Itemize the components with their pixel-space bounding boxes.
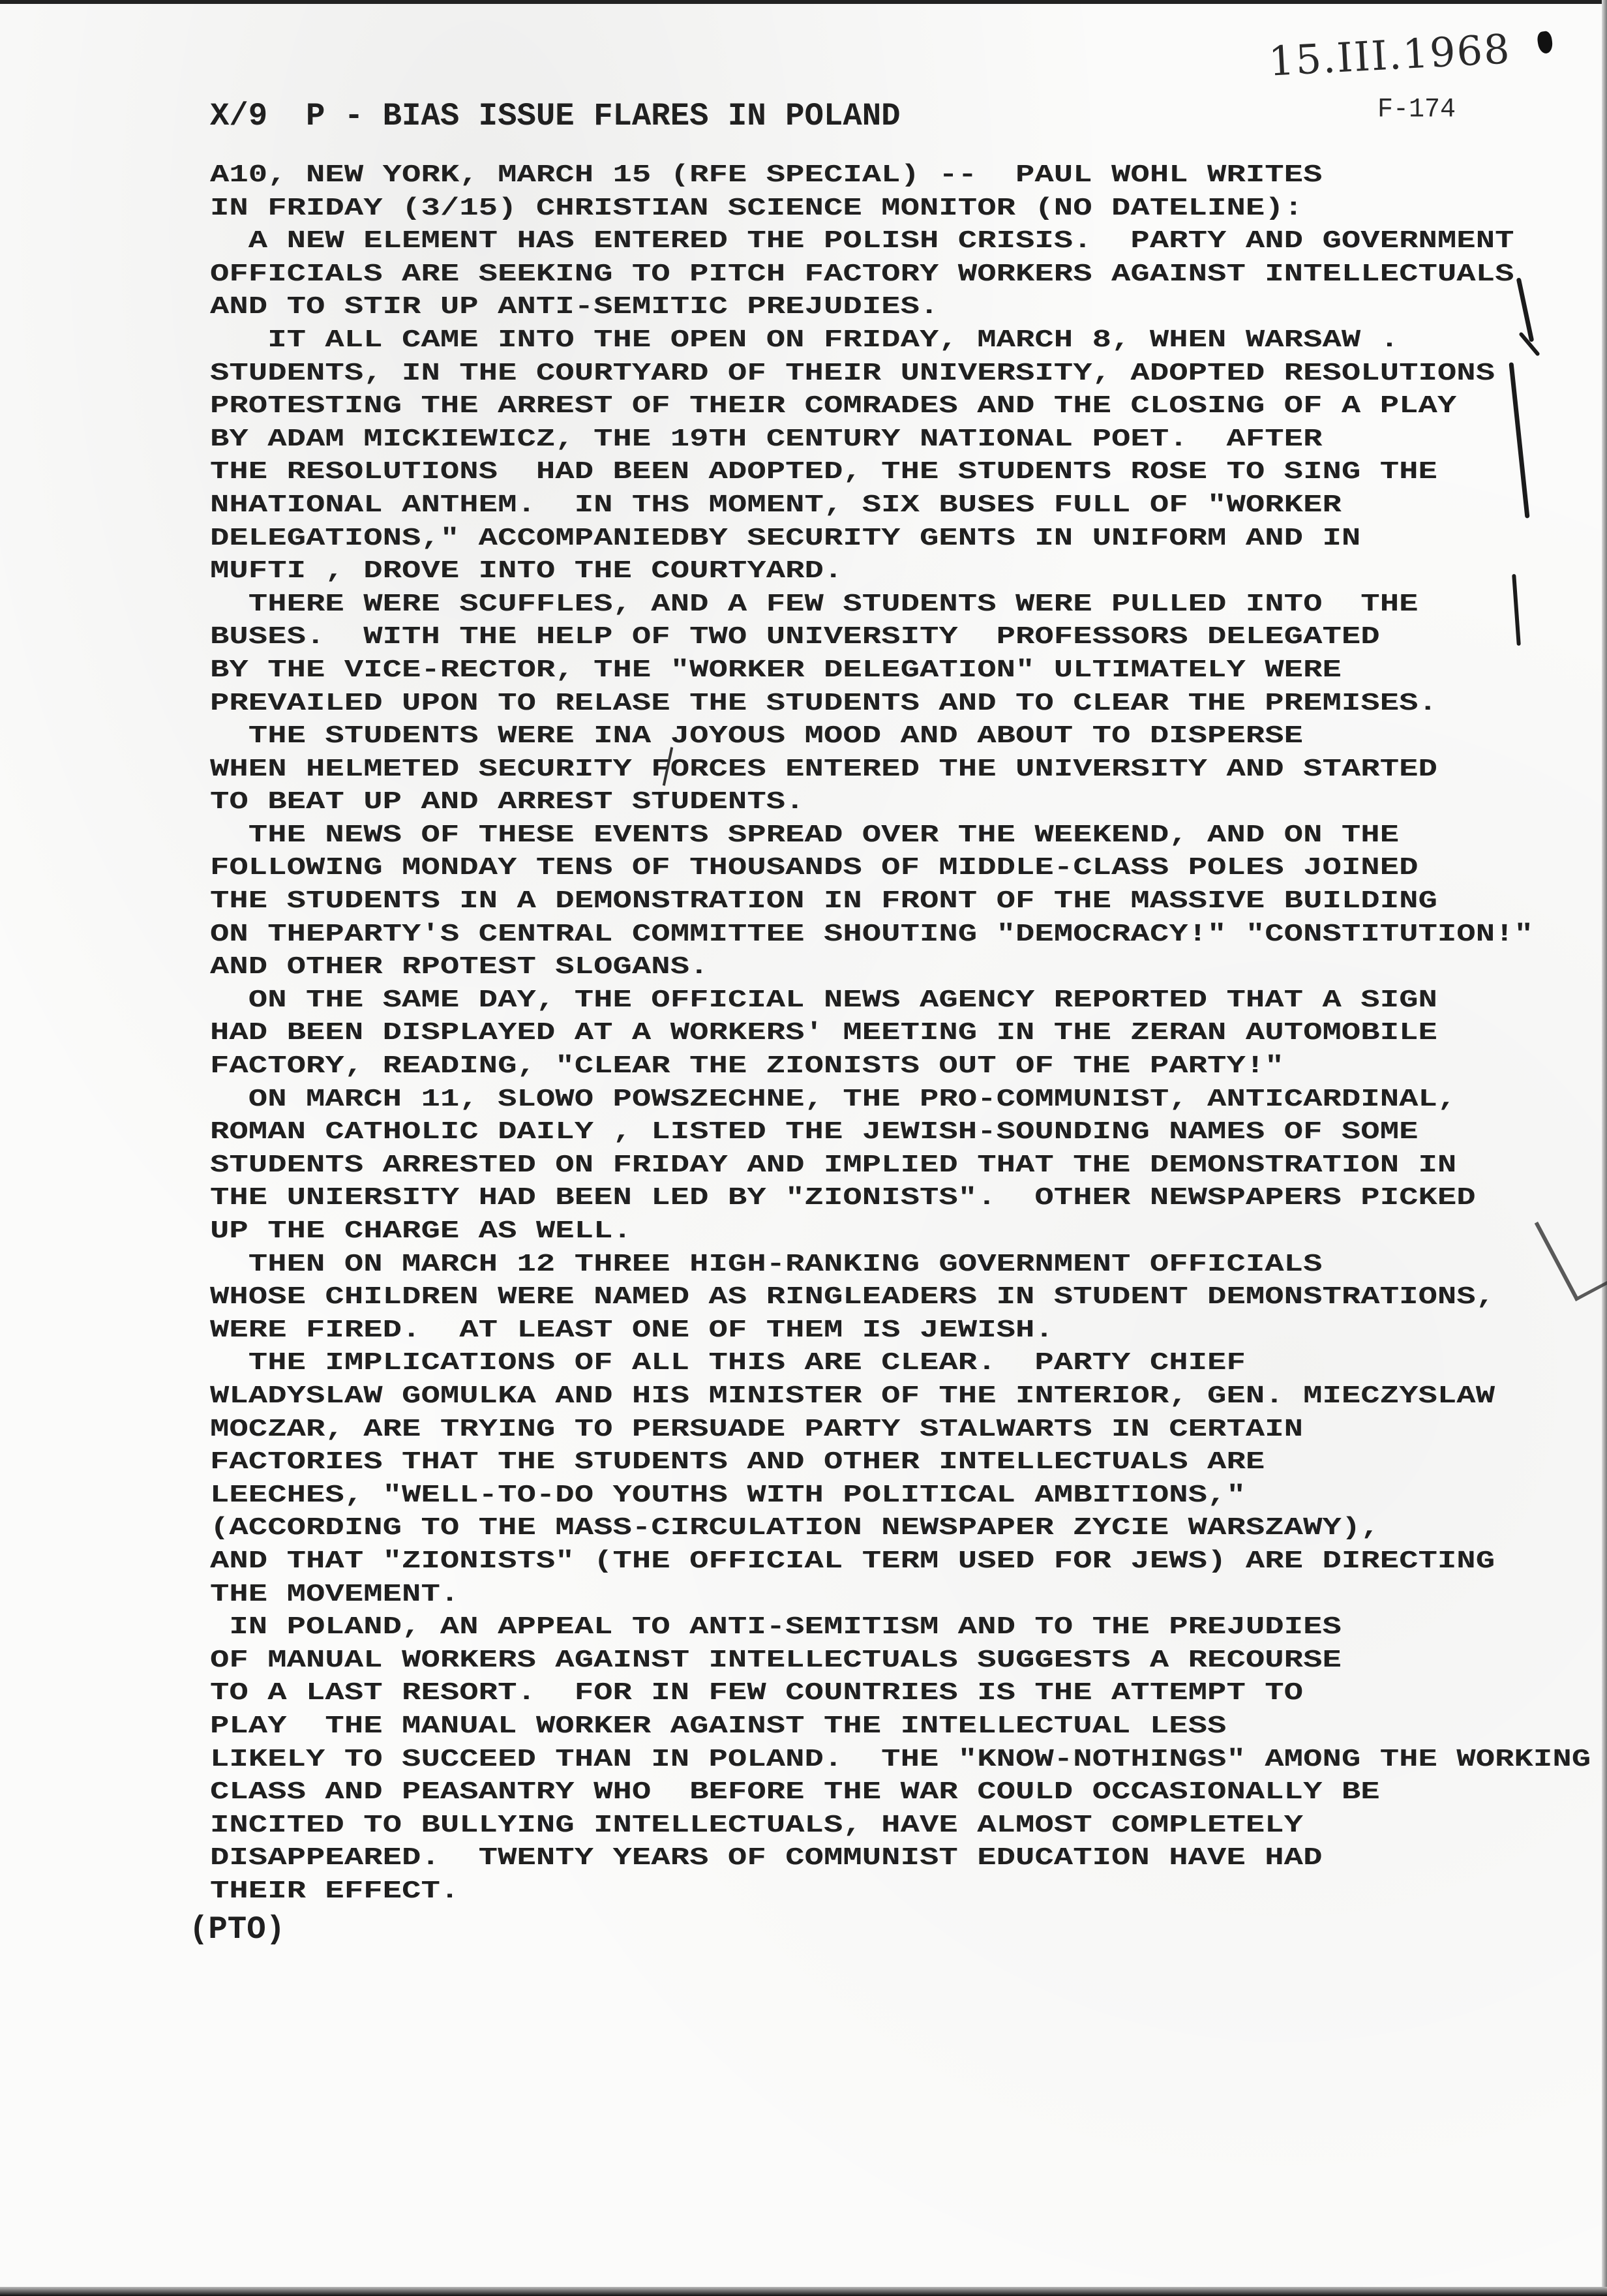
line-text: PROTESTING THE ARREST OF THEIR COMRADES … <box>210 391 1456 420</box>
text-line: OF MANUAL WORKERS AGAINST INTELLECTUALS … <box>210 1643 1607 1676</box>
text-line: WLADYSLAW GOMULKA AND HIS MINISTER OF TH… <box>210 1379 1607 1412</box>
text-line: DISAPPEARED. TWENTY YEARS OF COMMUNIST E… <box>210 1841 1607 1874</box>
article-body: A10, NEW YORK, MARCH 15 (RFE SPECIAL) --… <box>210 158 1607 1907</box>
text-line: THE UNIERSITY HAD BEEN LED BY "ZIONISTS"… <box>210 1181 1607 1214</box>
line-text: THE NEWS OF THESE EVENTS SPREAD OVER THE… <box>210 821 1399 849</box>
text-line: WHEN HELMETED SECURITY FORCES ENTERED TH… <box>210 752 1607 785</box>
text-line: LEECHES, "WELL-TO-DO YOUTHS WITH POLITIC… <box>210 1478 1607 1511</box>
line-text: (ACCORDING TO THE MASS-CIRCULATION NEWSP… <box>210 1513 1380 1542</box>
text-line: FACTORY, READING, "CLEAR THE ZIONISTS OU… <box>210 1049 1607 1082</box>
text-line: THE IMPLICATIONS OF ALL THIS ARE CLEAR. … <box>210 1346 1607 1379</box>
line-text: IN POLAND, AN APPEAL TO ANTI-SEMITISM AN… <box>210 1612 1342 1641</box>
text-line: AND TO STIR UP ANTI-SEMITIC PREJUDIES. <box>210 290 1607 323</box>
line-text: AND OTHER RPOTEST SLOGANS. <box>210 952 709 981</box>
line-text: BUSES. WITH THE HELP OF TWO UNIVERSITY P… <box>210 622 1380 651</box>
line-text: ON THEPARTY'S CENTRAL COMMITTEE SHOUTING… <box>210 920 1533 948</box>
line-text: INCITED TO BULLYING INTELLECTUALS, HAVE … <box>210 1811 1303 1839</box>
text-line: THE RESOLUTIONS HAD BEEN ADOPTED, THE ST… <box>210 455 1607 488</box>
line-text: BY THE VICE-RECTOR, THE "WORKER DELEGATI… <box>210 656 1342 684</box>
text-line: THE STUDENTS IN A DEMONSTRATION IN FRONT… <box>210 884 1607 917</box>
text-line: THE STUDENTS WERE INA JOYOUS MOOD AND AB… <box>210 719 1607 752</box>
line-text: THE MOVEMENT. <box>210 1580 459 1609</box>
text-line: NHATIONAL ANTHEM. IN THS MOMENT, SIX BUS… <box>210 488 1607 521</box>
line-text: NHATIONAL ANTHEM. IN THS MOMENT, SIX BUS… <box>210 491 1342 519</box>
line-text: WHEN HELMETED SECURITY FORCES ENTERED TH… <box>210 755 1437 783</box>
line-text: AND THAT "ZIONISTS" (THE OFFICIAL TERM U… <box>210 1547 1495 1575</box>
line-text: OFFICIALS ARE SEEKING TO PITCH FACTORY W… <box>210 260 1514 288</box>
text-line: ON THE SAME DAY, THE OFFICIAL NEWS AGENC… <box>210 983 1607 1016</box>
line-text: ROMAN CATHOLIC DAILY , LISTED THE JEWISH… <box>210 1117 1419 1146</box>
text-line: MUFTI , DROVE INTO THE COURTYARD. <box>210 554 1607 587</box>
slug-headline: X/9 P - BIAS ISSUE FLARES IN POLAND <box>210 98 901 134</box>
text-line: AND THAT "ZIONISTS" (THE OFFICIAL TERM U… <box>210 1544 1607 1577</box>
text-line: HAD BEEN DISPLAYED AT A WORKERS' MEETING… <box>210 1016 1607 1049</box>
text-line: BY ADAM MICKIEWICZ, THE 19TH CENTURY NAT… <box>210 422 1607 455</box>
line-text: STUDENTS ARRESTED ON FRIDAY AND IMPLIED … <box>210 1151 1456 1179</box>
text-line: A NEW ELEMENT HAS ENTERED THE POLISH CRI… <box>210 224 1607 257</box>
text-line: ON THEPARTY'S CENTRAL COMMITTEE SHOUTING… <box>210 917 1607 950</box>
line-text: STUDENTS, IN THE COURTYARD OF THEIR UNIV… <box>210 359 1495 387</box>
line-text: A10, NEW YORK, MARCH 15 (RFE SPECIAL) --… <box>210 160 1322 189</box>
text-line: THERE WERE SCUFFLES, AND A FEW STUDENTS … <box>210 587 1607 620</box>
line-text: FACTORY, READING, "CLEAR THE ZIONISTS OU… <box>210 1051 1284 1080</box>
line-text: PLAY THE MANUAL WORKER AGAINST THE INTEL… <box>210 1712 1226 1740</box>
line-text: LIKELY TO SUCCEED THAN IN POLAND. THE "K… <box>210 1745 1591 1774</box>
line-text: WLADYSLAW GOMULKA AND HIS MINISTER OF TH… <box>210 1382 1495 1410</box>
line-text: BY ADAM MICKIEWICZ, THE 19TH CENTURY NAT… <box>210 425 1322 453</box>
text-line: UP THE CHARGE AS WELL. <box>210 1214 1607 1247</box>
text-line: CLASS AND PEASANTRY WHO BEFORE THE WAR C… <box>210 1775 1607 1808</box>
text-line: ROMAN CATHOLIC DAILY , LISTED THE JEWISH… <box>210 1115 1607 1148</box>
line-text: CLASS AND PEASANTRY WHO BEFORE THE WAR C… <box>210 1777 1380 1806</box>
text-line: THEN ON MARCH 12 THREE HIGH-RANKING GOVE… <box>210 1247 1607 1280</box>
text-line: STUDENTS, IN THE COURTYARD OF THEIR UNIV… <box>210 356 1607 389</box>
text-line: WERE FIRED. AT LEAST ONE OF THEM IS JEWI… <box>210 1313 1607 1346</box>
pto-text: (PTO) <box>189 1911 285 1948</box>
text-line: STUDENTS ARRESTED ON FRIDAY AND IMPLIED … <box>210 1148 1607 1181</box>
text-line: THE NEWS OF THESE EVENTS SPREAD OVER THE… <box>210 818 1607 851</box>
line-text: TO A LAST RESORT. FOR IN FEW COUNTRIES I… <box>210 1678 1303 1707</box>
line-text: WHOSE CHILDREN WERE NAMED AS RINGLEADERS… <box>210 1282 1495 1311</box>
line-text: FOLLOWING MONDAY TENS OF THOUSANDS OF MI… <box>210 853 1419 882</box>
line-text: THERE WERE SCUFFLES, AND A FEW STUDENTS … <box>210 590 1419 618</box>
text-line: THEIR EFFECT. <box>210 1874 1607 1907</box>
line-text: MOCZAR, ARE TRYING TO PERSUADE PARTY STA… <box>210 1415 1303 1443</box>
text-line: PREVAILED UPON TO RELASE THE STUDENTS AN… <box>210 686 1607 719</box>
text-line: OFFICIALS ARE SEEKING TO PITCH FACTORY W… <box>210 257 1607 290</box>
scanned-page: 15.III.1968 F-174 X/9 P - BIAS ISSUE FLA… <box>0 0 1607 2296</box>
text-line: (ACCORDING TO THE MASS-CIRCULATION NEWSP… <box>210 1511 1607 1544</box>
line-text: THE STUDENTS WERE INA JOYOUS MOOD AND AB… <box>210 721 1303 750</box>
continuation-note: (PTO) <box>189 1911 285 1948</box>
text-line: INCITED TO BULLYING INTELLECTUALS, HAVE … <box>210 1808 1607 1841</box>
text-line: TO BEAT UP AND ARREST STUDENTS. <box>210 785 1607 818</box>
text-line: TO A LAST RESORT. FOR IN FEW COUNTRIES I… <box>210 1676 1607 1709</box>
line-text: DELEGATIONS," ACCOMPANIEDBY SECURITY GEN… <box>210 524 1360 552</box>
text-line: A10, NEW YORK, MARCH 15 (RFE SPECIAL) --… <box>210 158 1607 191</box>
text-line: BY THE VICE-RECTOR, THE "WORKER DELEGATI… <box>210 653 1607 686</box>
line-text: DISAPPEARED. TWENTY YEARS OF COMMUNIST E… <box>210 1843 1322 1872</box>
text-line: IN FRIDAY (3/15) CHRISTIAN SCIENCE MONIT… <box>210 191 1607 224</box>
scan-edge-top <box>0 0 1607 4</box>
line-text: THE UNIERSITY HAD BEEN LED BY "ZIONISTS"… <box>210 1183 1476 1212</box>
slug-line: X/9 P - BIAS ISSUE FLARES IN POLAND <box>210 98 901 134</box>
text-line: FOLLOWING MONDAY TENS OF THOUSANDS OF MI… <box>210 851 1607 884</box>
line-text: THE IMPLICATIONS OF ALL THIS ARE CLEAR. … <box>210 1348 1246 1377</box>
line-text: HAD BEEN DISPLAYED AT A WORKERS' MEETING… <box>210 1018 1437 1047</box>
text-line: PROTESTING THE ARREST OF THEIR COMRADES … <box>210 389 1607 422</box>
line-text: FACTORIES THAT THE STUDENTS AND OTHER IN… <box>210 1447 1265 1476</box>
line-text: MUFTI , DROVE INTO THE COURTYARD. <box>210 556 843 585</box>
text-line: IN POLAND, AN APPEAL TO ANTI-SEMITISM AN… <box>210 1610 1607 1643</box>
text-line: WHOSE CHILDREN WERE NAMED AS RINGLEADERS… <box>210 1280 1607 1313</box>
line-text: PREVAILED UPON TO RELASE THE STUDENTS AN… <box>210 689 1437 717</box>
line-text: IT ALL CAME INTO THE OPEN ON FRIDAY, MAR… <box>210 325 1399 354</box>
text-line: BUSES. WITH THE HELP OF TWO UNIVERSITY P… <box>210 620 1607 653</box>
text-line: THE MOVEMENT. <box>210 1577 1607 1610</box>
text-line: PLAY THE MANUAL WORKER AGAINST THE INTEL… <box>210 1709 1607 1742</box>
text-line: DELEGATIONS," ACCOMPANIEDBY SECURITY GEN… <box>210 521 1607 554</box>
line-text: LEECHES, "WELL-TO-DO YOUTHS WITH POLITIC… <box>210 1481 1246 1509</box>
text-line: IT ALL CAME INTO THE OPEN ON FRIDAY, MAR… <box>210 323 1607 356</box>
ink-mark-icon <box>1537 31 1554 55</box>
text-line: MOCZAR, ARE TRYING TO PERSUADE PARTY STA… <box>210 1412 1607 1445</box>
line-text: AND TO STIR UP ANTI-SEMITIC PREJUDIES. <box>210 292 939 321</box>
line-text: THEN ON MARCH 12 THREE HIGH-RANKING GOVE… <box>210 1250 1322 1278</box>
line-text: ON MARCH 11, SLOWO POWSZECHNE, THE PRO-C… <box>210 1085 1456 1113</box>
folio-number: F-174 <box>1377 95 1456 125</box>
text-line: AND OTHER RPOTEST SLOGANS. <box>210 950 1607 983</box>
line-text: THE RESOLUTIONS HAD BEEN ADOPTED, THE ST… <box>210 457 1437 486</box>
line-text: THE STUDENTS IN A DEMONSTRATION IN FRONT… <box>210 886 1437 915</box>
line-text: A NEW ELEMENT HAS ENTERED THE POLISH CRI… <box>210 226 1514 255</box>
line-text: ON THE SAME DAY, THE OFFICIAL NEWS AGENC… <box>210 986 1437 1014</box>
scan-edge-bottom <box>0 2287 1607 2296</box>
line-text: OF MANUAL WORKERS AGAINST INTELLECTUALS … <box>210 1646 1342 1674</box>
text-line: ON MARCH 11, SLOWO POWSZECHNE, THE PRO-C… <box>210 1082 1607 1115</box>
line-text: THEIR EFFECT. <box>210 1877 459 1905</box>
line-text: WERE FIRED. AT LEAST ONE OF THEM IS JEWI… <box>210 1316 1054 1344</box>
line-text: IN FRIDAY (3/15) CHRISTIAN SCIENCE MONIT… <box>210 194 1303 222</box>
line-text: UP THE CHARGE AS WELL. <box>210 1216 632 1245</box>
text-line: LIKELY TO SUCCEED THAN IN POLAND. THE "K… <box>210 1742 1607 1775</box>
text-line: FACTORIES THAT THE STUDENTS AND OTHER IN… <box>210 1445 1607 1478</box>
handwritten-date-annotation: 15.III.1968 <box>1267 25 1512 85</box>
line-text: TO BEAT UP AND ARREST STUDENTS. <box>210 787 805 816</box>
